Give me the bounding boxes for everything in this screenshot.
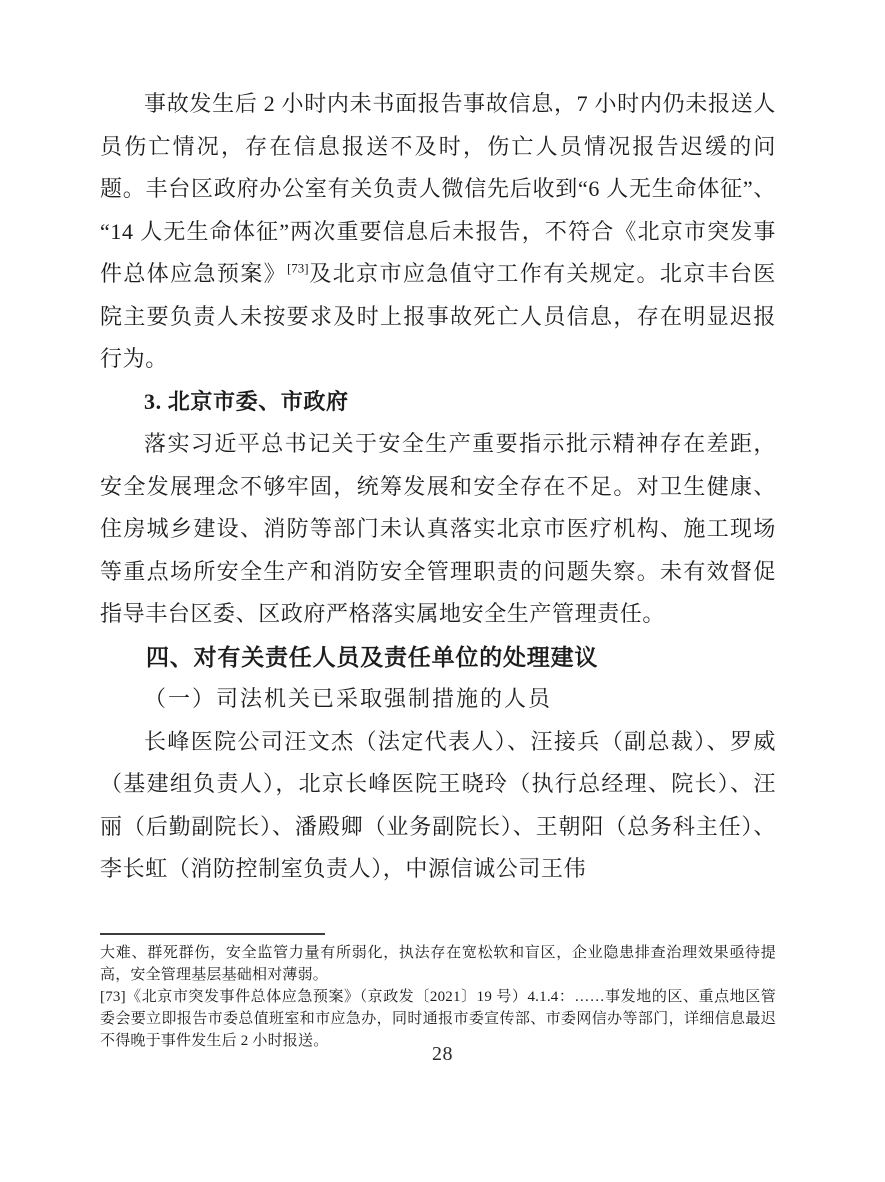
page-content: 事故发生后 2 小时内未书面报告事故信息，7 小时内仍未报送人员伤亡情况，存在信… bbox=[100, 83, 776, 891]
footnote-ref-73: [73] bbox=[287, 261, 309, 276]
paragraph-incident-reporting: 事故发生后 2 小时内未书面报告事故信息，7 小时内仍未报送人员伤亡情况，存在信… bbox=[100, 83, 776, 381]
heading-beijing-municipal-committee: 3. 北京市委、市政府 bbox=[100, 381, 776, 424]
footnote-continuation-text: 大难、群死群伤，安全监管力量有所弱化，执法存在宽松软和盲区，企业隐患排查治理效果… bbox=[100, 942, 776, 986]
document-page: 事故发生后 2 小时内未书面报告事故信息，7 小时内仍未报送人员伤亡情况，存在信… bbox=[0, 0, 885, 1182]
footnote-area: 大难、群死群伤，安全监管力量有所弱化，执法存在宽松软和盲区，企业隐患排查治理效果… bbox=[100, 933, 776, 1052]
subheading-judicial-compulsory-measures: （一）司法机关已采取强制措施的人员 bbox=[100, 678, 776, 721]
paragraph-municipal-responsibility: 落实习近平总书记关于安全生产重要指示批示精神存在差距，安全发展理念不够牢固，统筹… bbox=[100, 423, 776, 636]
heading-section-four-handling-suggestions: 四、对有关责任人员及责任单位的处理建议 bbox=[100, 636, 776, 679]
footnote-separator-line bbox=[100, 933, 325, 935]
paragraph-detained-persons-list: 长峰医院公司汪文杰（法定代表人）、汪接兵（副总裁）、罗威（基建组负责人），北京长… bbox=[100, 721, 776, 891]
para1-text-before-ref: 事故发生后 2 小时内未书面报告事故信息，7 小时内仍未报送人员伤亡情况，存在信… bbox=[100, 91, 776, 286]
page-number: 28 bbox=[0, 1043, 885, 1066]
